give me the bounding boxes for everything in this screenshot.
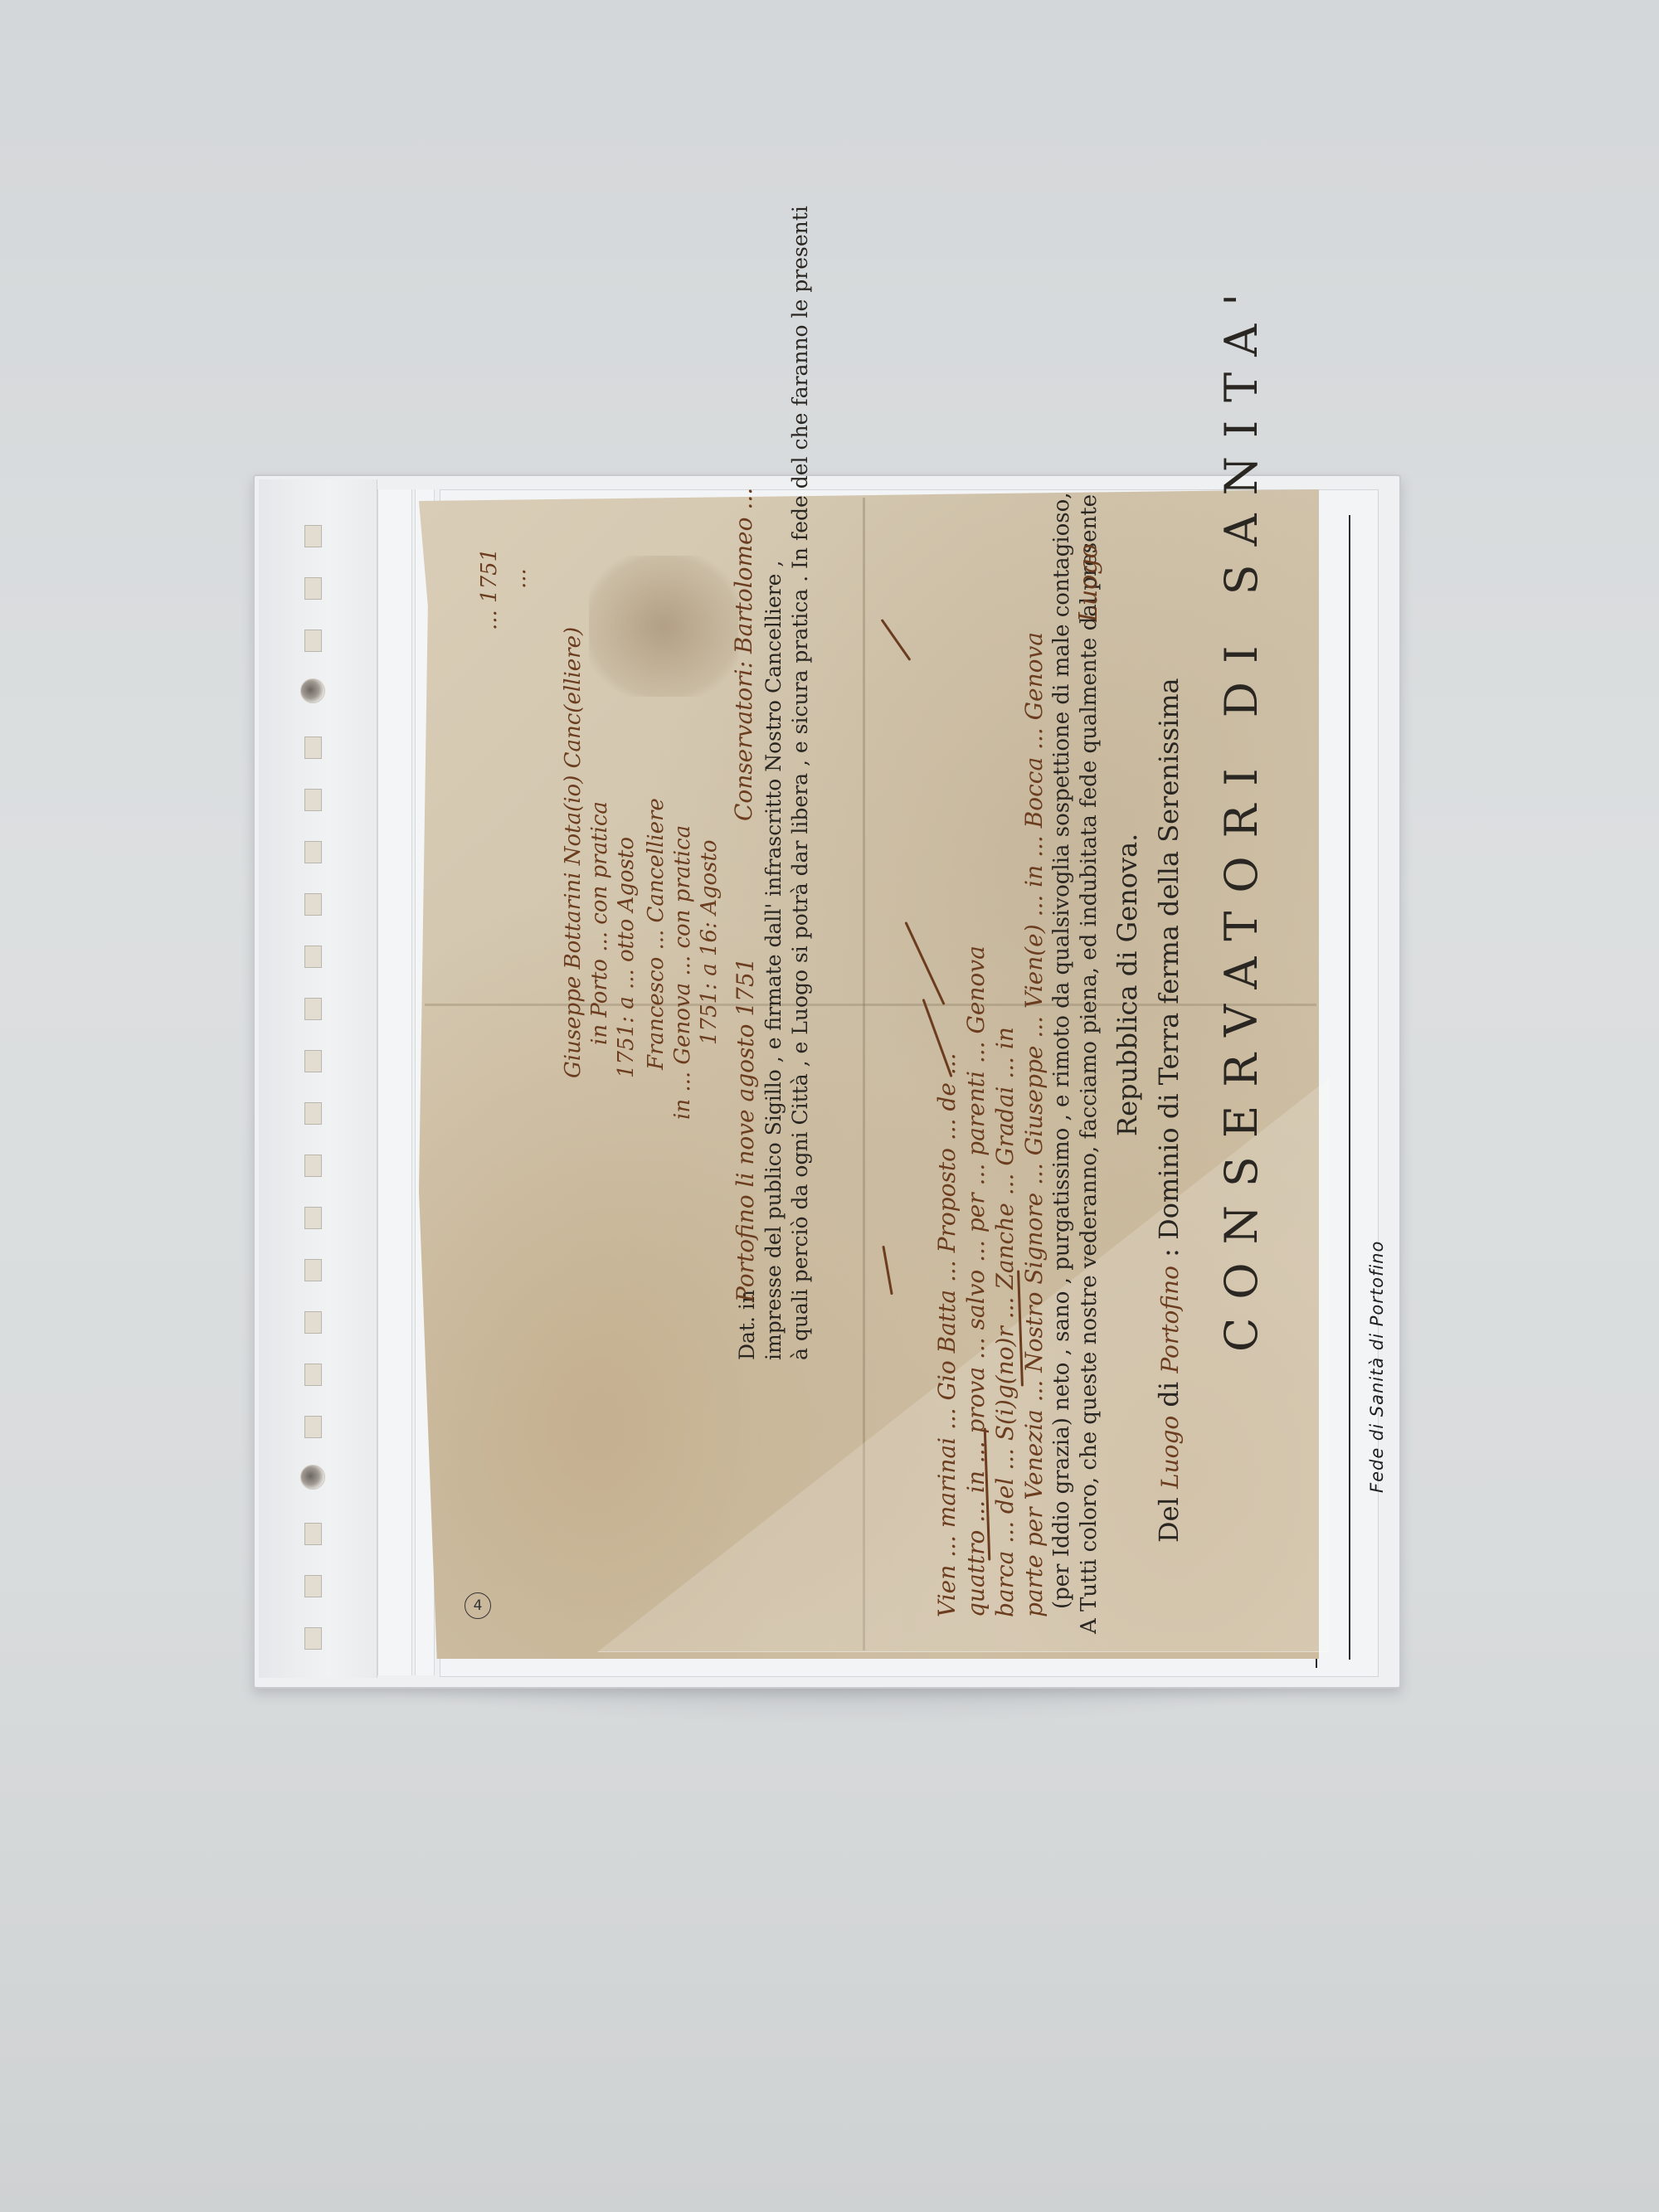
- binder-hole: [304, 630, 322, 652]
- closing-line: impresse del publico Sigillo , e firmate…: [761, 561, 786, 1360]
- handwritten-place-name: Portofino: [1156, 1266, 1184, 1373]
- subtitle-print: : Dominio di Terra ferma della Serenissi…: [1153, 678, 1185, 1257]
- document-text: CONSERVATORI DI SANITA' Del Luogo di Por…: [448, 489, 1327, 1650]
- handwritten-line: quattro ... in ... prova ... salvo ... p…: [962, 946, 990, 1617]
- sleeve-rail: [377, 489, 412, 1675]
- handwritten-line: parte per Venezia ... Nostro Signore ...…: [1020, 632, 1048, 1617]
- signature-line: Francesco ... Cancelliere: [644, 798, 669, 1070]
- body-line: A Tutti coloro, che queste nostre vedera…: [1077, 494, 1102, 1634]
- signature-line: 1751: a ... otto Agosto: [614, 837, 639, 1078]
- binder-hole: [304, 893, 322, 916]
- handwritten-place-type: Luogo: [1156, 1416, 1184, 1489]
- signature-line: Conservatori: Bartolomeo ...: [730, 488, 757, 821]
- document-title: CONSERVATORI DI SANITA': [1215, 275, 1267, 1352]
- binder-hole: [304, 1155, 322, 1177]
- binder-hole: [304, 525, 322, 547]
- subtitle-print: Del: [1153, 1497, 1185, 1543]
- binder-hole: [304, 577, 322, 600]
- binder-ring-hole: [300, 1465, 325, 1490]
- binder-hole: [304, 1523, 322, 1545]
- document-subtitle-line2: Repubblica di Genova.: [1112, 834, 1143, 1136]
- binder-strip: [259, 479, 377, 1678]
- subtitle-print: di: [1153, 1382, 1185, 1407]
- handwritten-line: Vien ... marinai ... Gio Batta ... Propo…: [933, 1053, 961, 1617]
- body-line: (per Iddio grazia) neto , sano , purgati…: [1049, 492, 1074, 1609]
- handwritten-luogo: Luogo: [1074, 543, 1103, 622]
- card-border-line: [1349, 515, 1350, 1660]
- binder-hole: [304, 1050, 322, 1072]
- binder-hole: [304, 1102, 322, 1125]
- margin-note: ...: [506, 568, 531, 589]
- signature-line: in ... Genova ... con pratica: [670, 825, 695, 1120]
- closing-line: à quali perciò da ogni Città , e Luogo s…: [788, 206, 812, 1360]
- binder-label: Fede di Sanità di Portofino: [1367, 1241, 1387, 1493]
- binder-hole: [304, 1364, 322, 1386]
- signature-line: 1751: a 16: Agosto: [697, 839, 722, 1045]
- binder-ring-hole: [300, 678, 325, 703]
- binder-hole: [304, 737, 322, 759]
- binder-hole: [304, 1627, 322, 1650]
- binder-hole: [304, 946, 322, 968]
- binder-hole: [304, 1575, 322, 1597]
- signature-line: in Porto ... con pratica: [587, 801, 612, 1045]
- signature-line: Giuseppe Bottarini Nota(io) Canc(elliere…: [561, 627, 586, 1078]
- binder-hole: [304, 1259, 322, 1281]
- binder-hole: [304, 998, 322, 1020]
- margin-note: ... 1751: [477, 548, 502, 630]
- document-subtitle-line1: Del Luogo di Portofino : Dominio di Terr…: [1153, 678, 1185, 1543]
- binder-hole: [304, 1311, 322, 1334]
- binder-hole: [304, 1416, 322, 1438]
- binder-hole: [304, 1207, 322, 1229]
- handwritten-line: barca ... del ... S(i)g(no)r ... Zanche …: [991, 1027, 1019, 1617]
- binder-hole: [304, 789, 322, 811]
- handwritten-date: Portofino li nove agosto 1751: [732, 957, 759, 1302]
- binder-hole: [304, 841, 322, 863]
